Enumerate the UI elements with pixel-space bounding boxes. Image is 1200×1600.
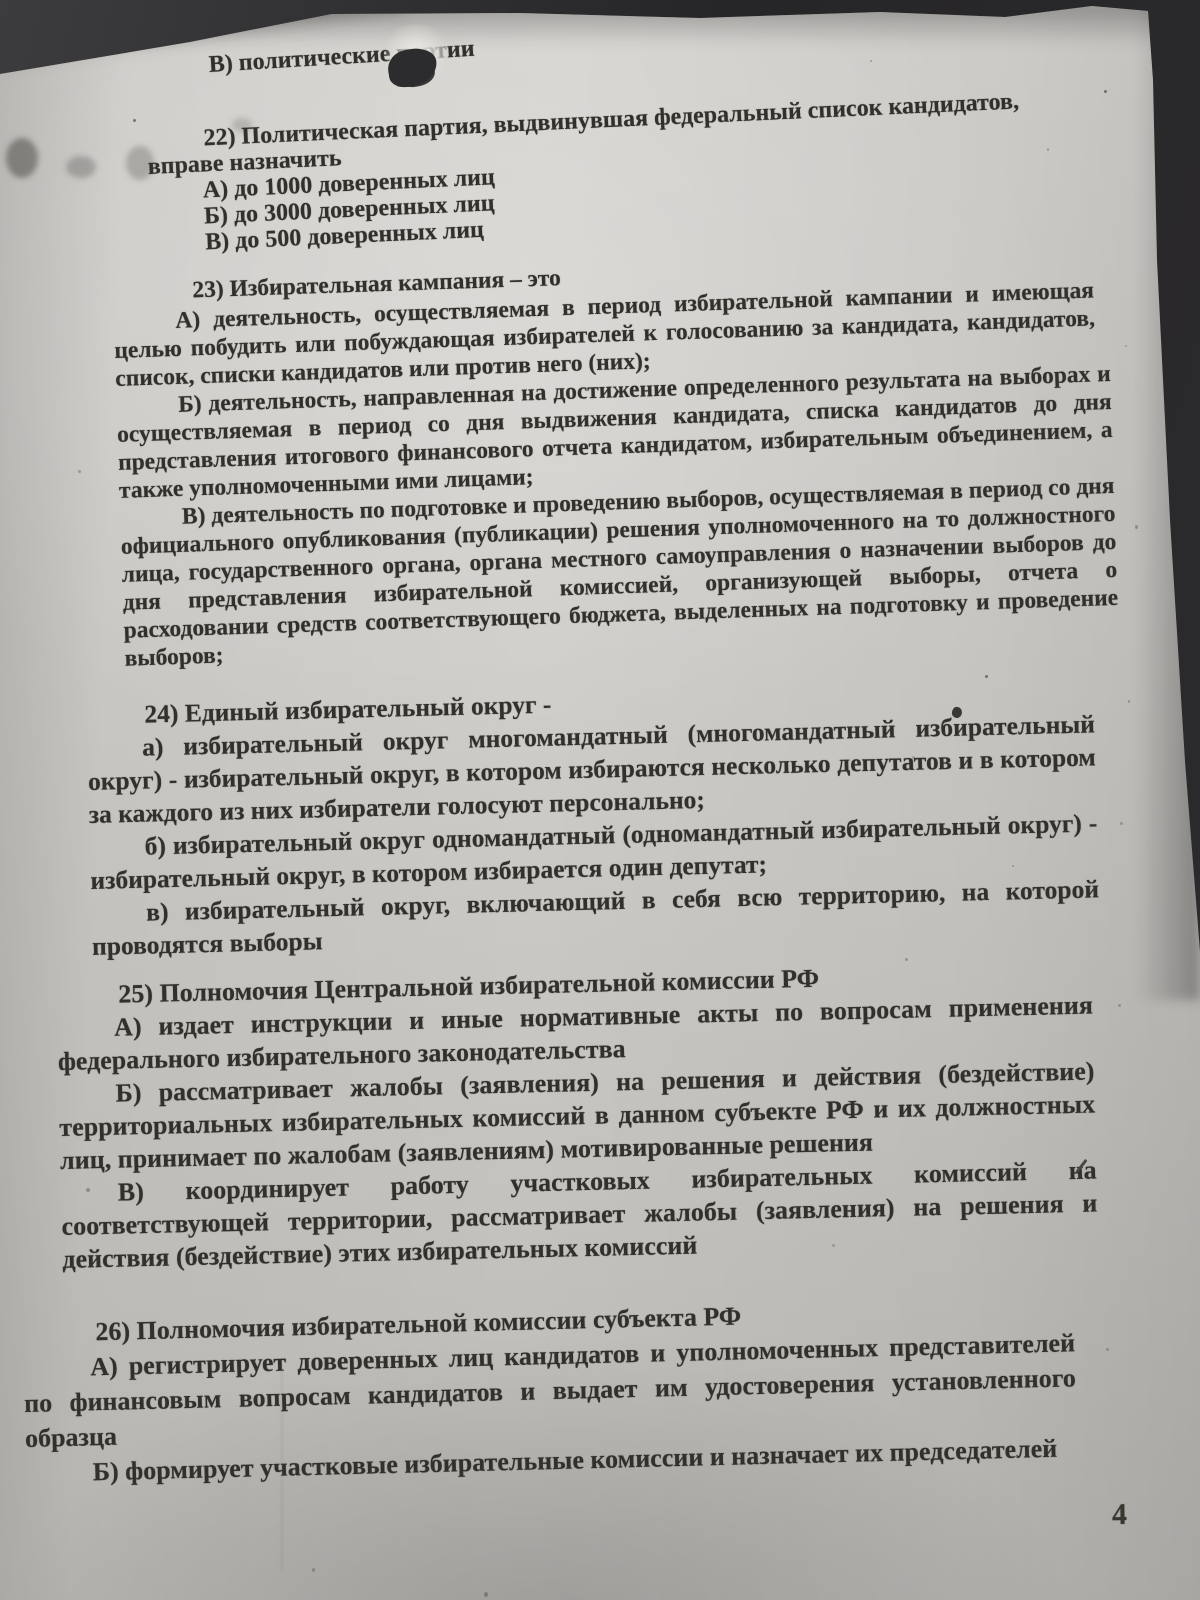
right-edge-shadow <box>1136 0 1200 1000</box>
dust-speck <box>1125 345 1127 347</box>
dust-speck <box>1128 700 1130 703</box>
dust-speck <box>1135 525 1138 529</box>
dust-speck <box>1104 90 1107 93</box>
smudge-stain <box>6 138 38 178</box>
dust-speck <box>870 60 872 62</box>
smudge-stain <box>66 156 96 178</box>
dust-speck <box>312 1568 315 1572</box>
paper-page: В) политические партии 22) Политическая … <box>0 0 1200 1600</box>
question-23: 23) Избирательная кампания – это А) деят… <box>112 246 1120 673</box>
dust-speck <box>78 470 81 473</box>
dust-speck <box>484 1592 488 1597</box>
top-edge-shadow <box>0 0 1200 46</box>
document-photo: В) политические партии 22) Политическая … <box>0 0 1200 1600</box>
question-23-option-v: В) деятельность по подготовке и проведен… <box>119 472 1119 673</box>
question-26: 26) Полномочия избирательной комиссии су… <box>22 1290 1078 1491</box>
question-22: 22) Политическая партия, выдвинувшая фед… <box>146 86 1081 258</box>
dust-speck <box>133 119 136 122</box>
page-number: 4 <box>1112 1498 1128 1532</box>
dust-speck <box>1118 1004 1121 1007</box>
dust-speck <box>1106 1348 1109 1351</box>
question-25: 25) Полномочия Центральной избирательной… <box>56 955 1098 1275</box>
question-24: 24) Единый избирательный округ - а) изби… <box>86 674 1100 963</box>
dust-speck <box>1120 822 1123 825</box>
